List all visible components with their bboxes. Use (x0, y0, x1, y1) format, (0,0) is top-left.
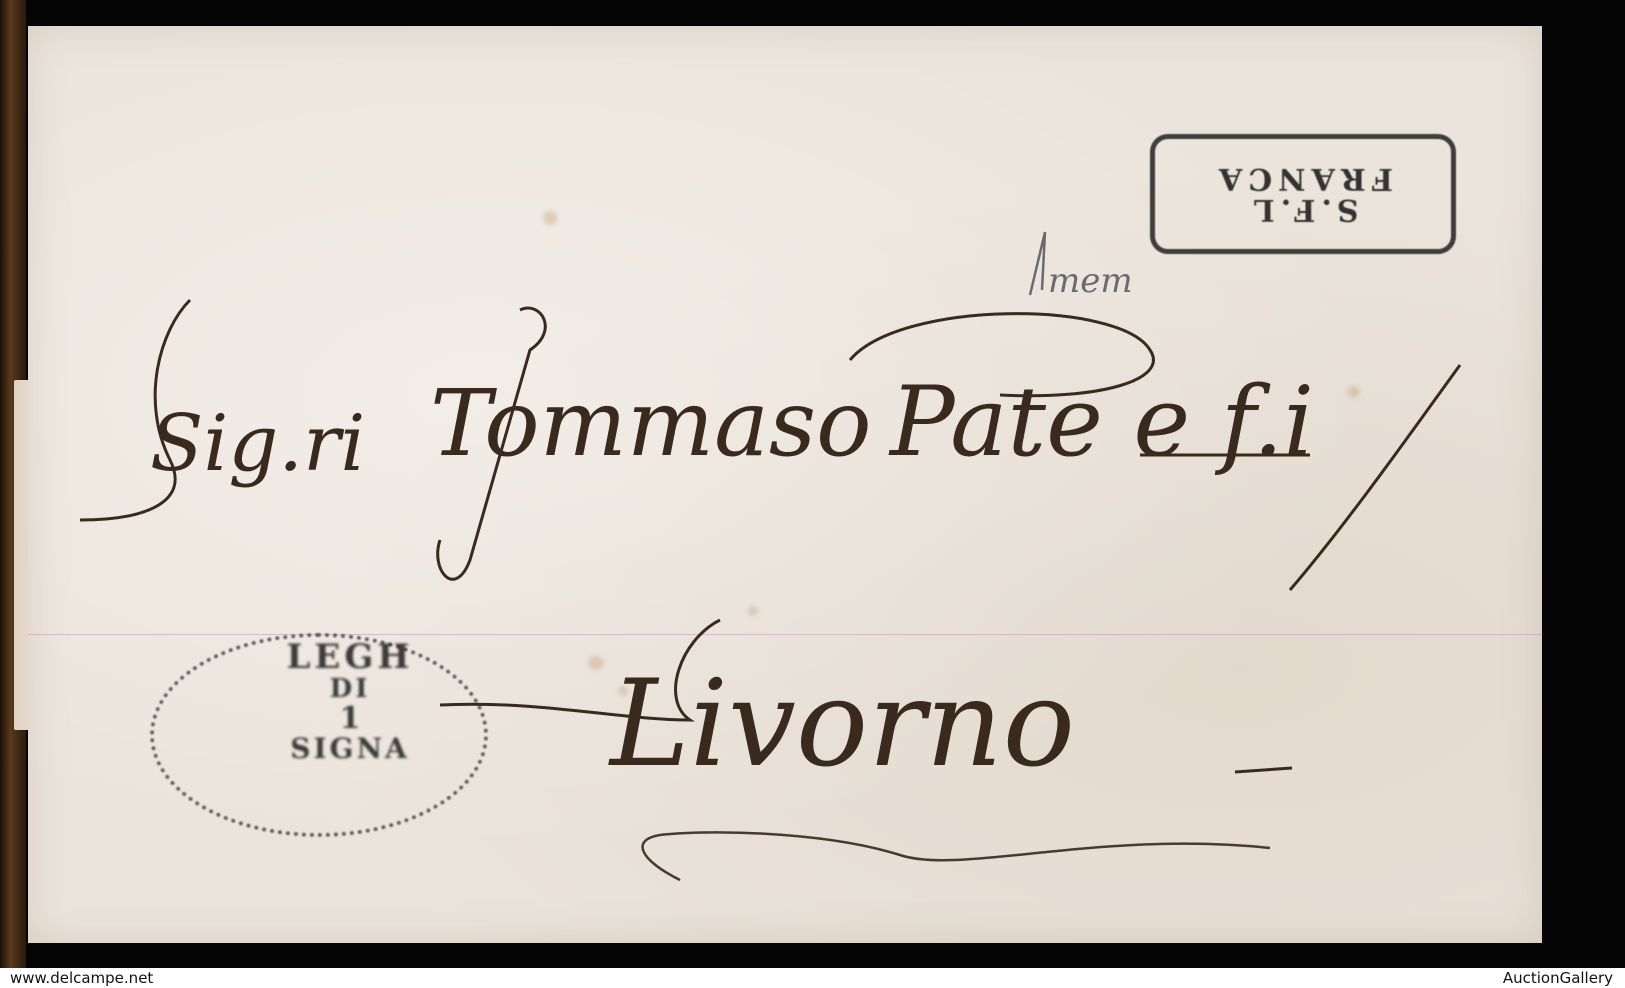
underline-flourish (643, 832, 1270, 880)
pencil-note: mem (1048, 261, 1133, 301)
destination-city: Livorno (608, 655, 1075, 794)
handwriting-layer: mem Sig.ri Tommaso Pate e f.i Livorno (0, 0, 1625, 968)
letter-photo: S.F.L FRANCA LEGH DI 1 SIGNA mem Sig.ri … (0, 0, 1625, 968)
flourish-stroke (1290, 365, 1460, 590)
addressee-last-name: Pate e f.i (888, 366, 1314, 478)
pencil-stroke (1030, 232, 1045, 295)
watermark-delcampe: www.delcampe.net (10, 968, 153, 988)
salutation-text: Sig.ri (150, 399, 365, 489)
watermark-auctiongallery: AuctionGallery (1503, 968, 1613, 988)
addressee-first-name: Tommaso (430, 370, 872, 477)
dash-stroke (1235, 768, 1292, 772)
